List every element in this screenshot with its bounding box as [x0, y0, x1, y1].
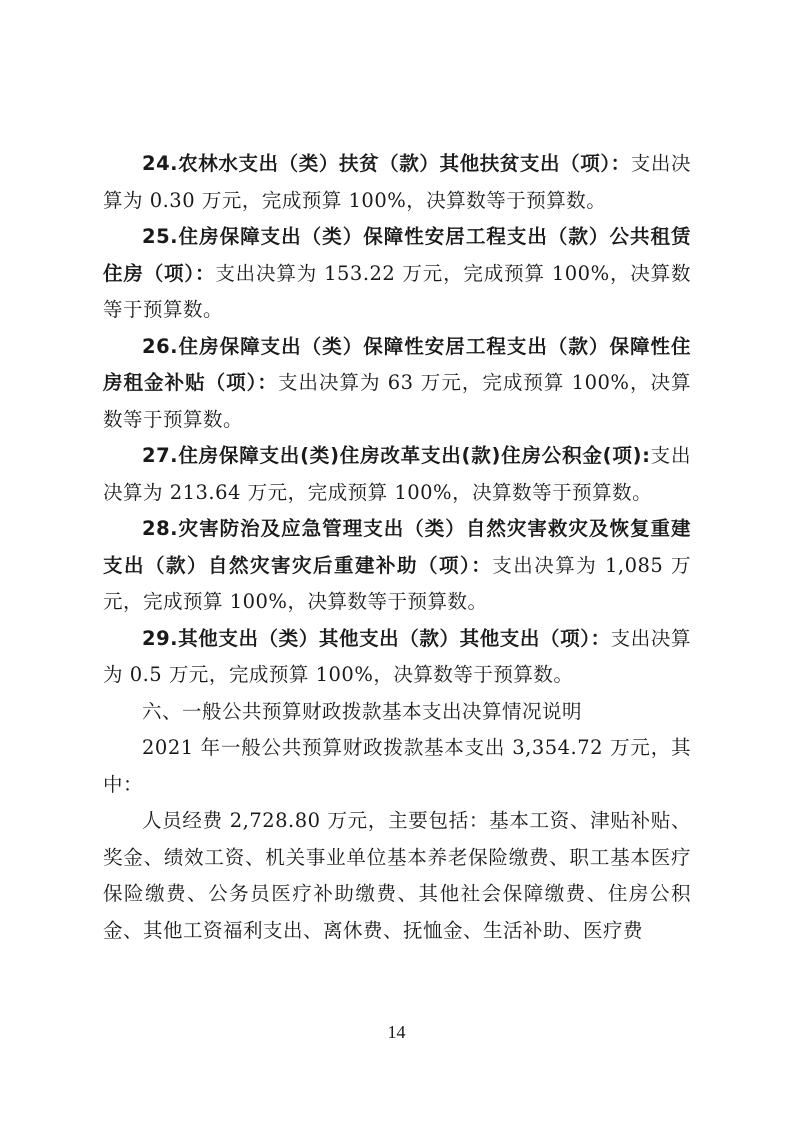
item-25: 25.住房保障支出（类）保障性安居工程支出（款）公共租赁住房（项）：支出决算为 …	[103, 219, 691, 329]
item-26: 26.住房保障支出（类）保障性安居工程支出（款）保障性住房租金补贴（项）：支出决…	[103, 329, 691, 439]
item-24: 24.农林水支出（类）扶贫（款）其他扶贫支出（项）：支出决算为 0.30 万元，…	[103, 146, 691, 219]
page-number: 14	[0, 1022, 793, 1043]
item-28: 28.灾害防治及应急管理支出（类）自然灾害救灾及恢复重建支出（款）自然灾害灾后重…	[103, 511, 691, 621]
summary-paragraph: 2021 年一般公共预算财政拨款基本支出 3,354.72 万元，其中：	[103, 730, 691, 803]
personnel-paragraph: 人员经费 2,728.80 万元，主要包括：基本工资、津贴补贴、奖金、绩效工资、…	[103, 803, 691, 949]
document-body: 24.农林水支出（类）扶贫（款）其他扶贫支出（项）：支出决算为 0.30 万元，…	[103, 146, 691, 949]
item-29: 29.其他支出（类）其他支出（款）其他支出（项）：支出决算为 0.5 万元，完成…	[103, 621, 691, 694]
section-heading: 六、一般公共预算财政拨款基本支出决算情况说明	[103, 694, 691, 731]
item-27: 27.住房保障支出(类)住房改革支出(款)住房公积金(项):支出决算为 213.…	[103, 438, 691, 511]
